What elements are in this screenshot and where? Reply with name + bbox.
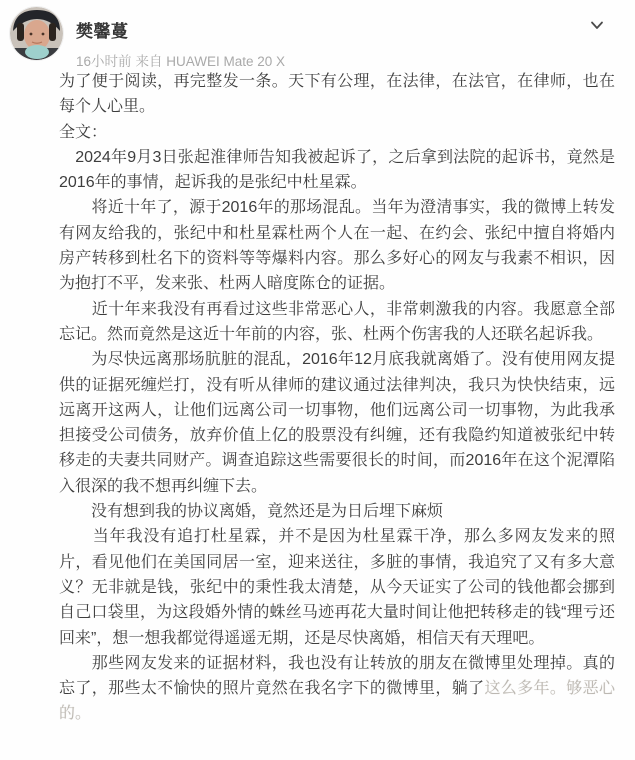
post-body: 为了便于阅读，再完整发一条。天下有公理，在法律，在法官，在律师，也在每个人心里。… <box>59 69 615 727</box>
username[interactable]: 樊馨蔓 <box>76 17 285 42</box>
post-paragraph: 当年我没有追打杜星霖，并不是因为杜星霖干净，那么多网友发来的照片，看见他们在美国… <box>59 524 615 650</box>
collapse-button[interactable] <box>585 13 609 37</box>
post-paragraph: 近十年来我没有再看过这些非常恶心人，非常刺激我的内容。我愿意全部忘记。然而竟然是… <box>59 297 615 348</box>
post-timestamp[interactable]: 16小时前 <box>76 54 132 69</box>
chevron-down-icon <box>587 15 607 35</box>
post-meta: 16小时前来自 HUAWEI Mate 20 X <box>76 50 285 70</box>
post-header-info: 樊馨蔓 16小时前来自 HUAWEI Mate 20 X <box>76 7 285 70</box>
user-avatar[interactable] <box>10 7 63 60</box>
post-paragraph-intro: 为了便于阅读，再完整发一条。天下有公理，在法律，在法官，在律师，也在每个人心里。 <box>59 69 615 120</box>
post-paragraph: 为尽快远离那场肮脏的混乱，2016年12月底我就离婚了。没有使用网友提供的证据死… <box>59 347 615 499</box>
fulltext-label: 全文： <box>59 120 615 145</box>
user-avatar-photo <box>10 7 63 60</box>
post-paragraph: 2024年9月3日张起淮律师告知我被起诉了，之后拿到法院的起诉书，竟然是2016… <box>59 145 615 196</box>
post-paragraph: 将近十年了，源于2016年的那场混乱。当年为澄清事实，我的微博上转发有网友给我的… <box>59 195 615 296</box>
post-source[interactable]: 来自 HUAWEI Mate 20 X <box>136 54 286 69</box>
post-paragraph-last: 那些网友发来的证据材料，我也没有让转放的朋友在微博里处理掉。真的忘了，那些太不愉… <box>59 651 615 727</box>
post-header: 樊馨蔓 16小时前来自 HUAWEI Mate 20 X <box>10 7 625 70</box>
weibo-post-card: 樊馨蔓 16小时前来自 HUAWEI Mate 20 X 为了便于阅读，再完整发… <box>0 0 635 760</box>
post-paragraph: 没有想到我的协议离婚，竟然还是为日后埋下麻烦 <box>59 499 615 524</box>
